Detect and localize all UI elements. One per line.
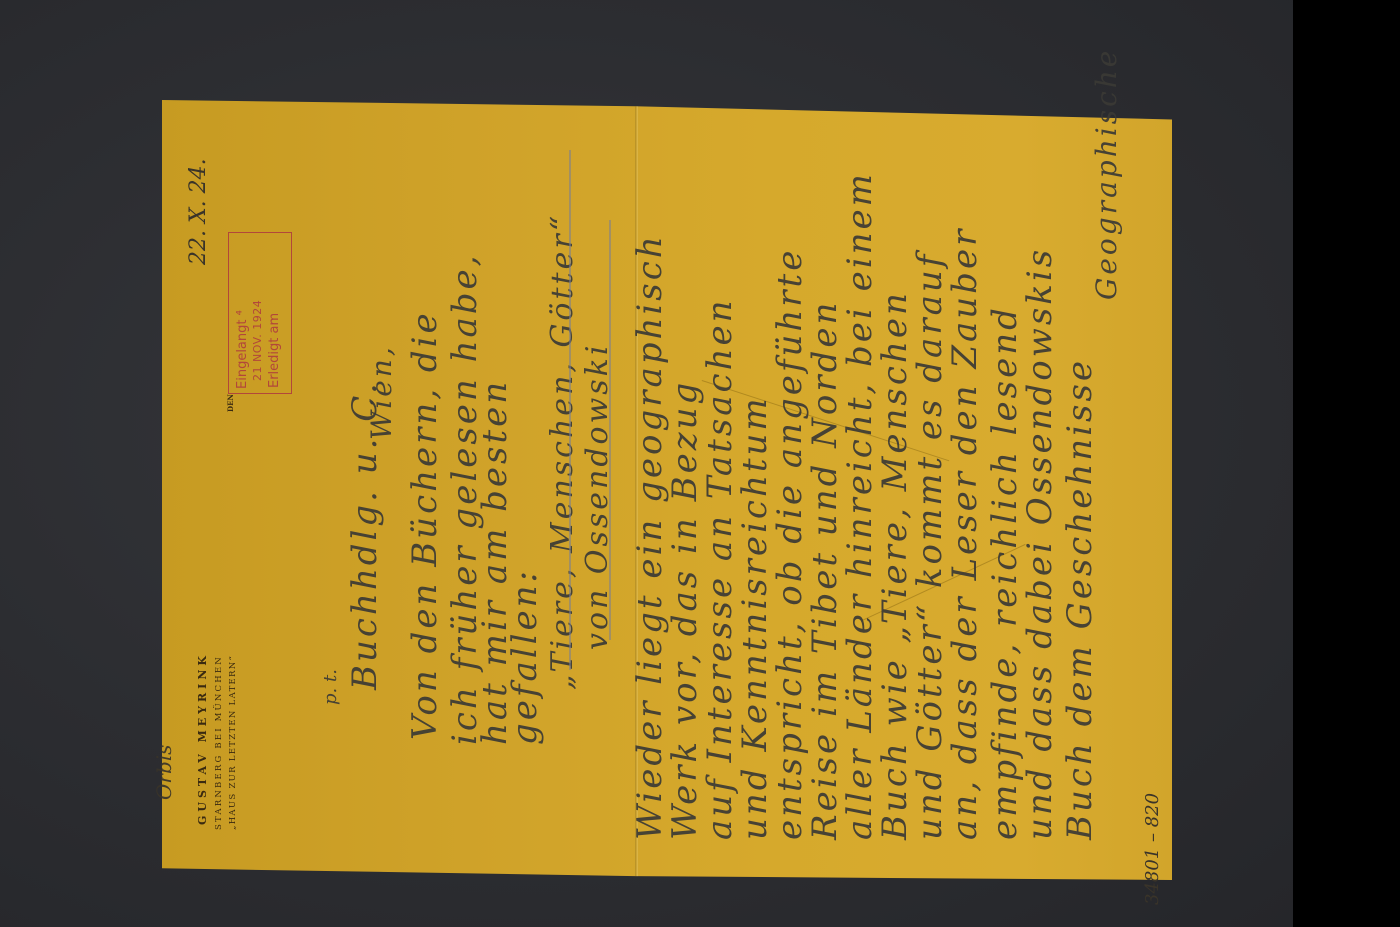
received-stamp: Eingelangt ⁴ 21 NOV. 1924 Erledigt am [228, 232, 292, 394]
date-label: DEN [226, 394, 235, 412]
body-line: Reise im Tibet und Norden [805, 300, 845, 840]
body-line: empfinde, reichlich lesend [985, 305, 1025, 840]
body-line: Wieder liegt ein geographisch [630, 233, 670, 840]
body-line: Buch wie „Tiere, Menschen [875, 290, 915, 840]
letterhead-address: STARNBERG BEI MÜNCHEN [214, 655, 224, 830]
corner-annotation: Orbis [152, 745, 176, 800]
book-title: „Tiere, Menschen, Götter“ [545, 213, 580, 690]
body-line: Geographische [1090, 48, 1123, 300]
salutation-abbrev: p. t. [320, 669, 341, 705]
body-line: entspricht, ob die angeführte [770, 248, 810, 840]
body-line: auf Interesse an Tatsachen [700, 298, 740, 841]
body-line: und dass dabei Ossendowskis [1020, 247, 1060, 840]
black-edge-strip [1293, 0, 1400, 927]
body-line: Buch dem Geschehnisse [1060, 358, 1100, 840]
body-line: gefallen: [505, 568, 545, 745]
body-line: aller Länder hinreicht, bei einem [840, 171, 880, 840]
stamp-received-label: Eingelangt ⁴ [235, 310, 250, 389]
body-line: Werk vor, das in Bezug [665, 380, 705, 840]
body-line: an, dass der Leser den Zauber [945, 227, 985, 840]
body-line: Von den Büchern, die [405, 310, 445, 740]
pencil-underline [569, 150, 571, 670]
pencil-underline [609, 220, 611, 640]
stamp-done-label: Erledigt am [267, 313, 282, 388]
body-line: und Kenntnisreichtum [735, 395, 775, 840]
letterhead-name: GUSTAV MEYRINK [196, 652, 209, 825]
letterhead-house-name: „HAUS ZUR LETZTEN LATERN“ [228, 655, 238, 830]
handwritten-date: 22. X. 24. [186, 158, 211, 265]
body-line: und Götter“ kommt es darauf [910, 252, 950, 840]
stamp-date: 21 NOV. 1924 [251, 300, 264, 381]
place-name: Wien, [365, 344, 398, 440]
archive-number: 34801 – 820 [1142, 793, 1163, 905]
